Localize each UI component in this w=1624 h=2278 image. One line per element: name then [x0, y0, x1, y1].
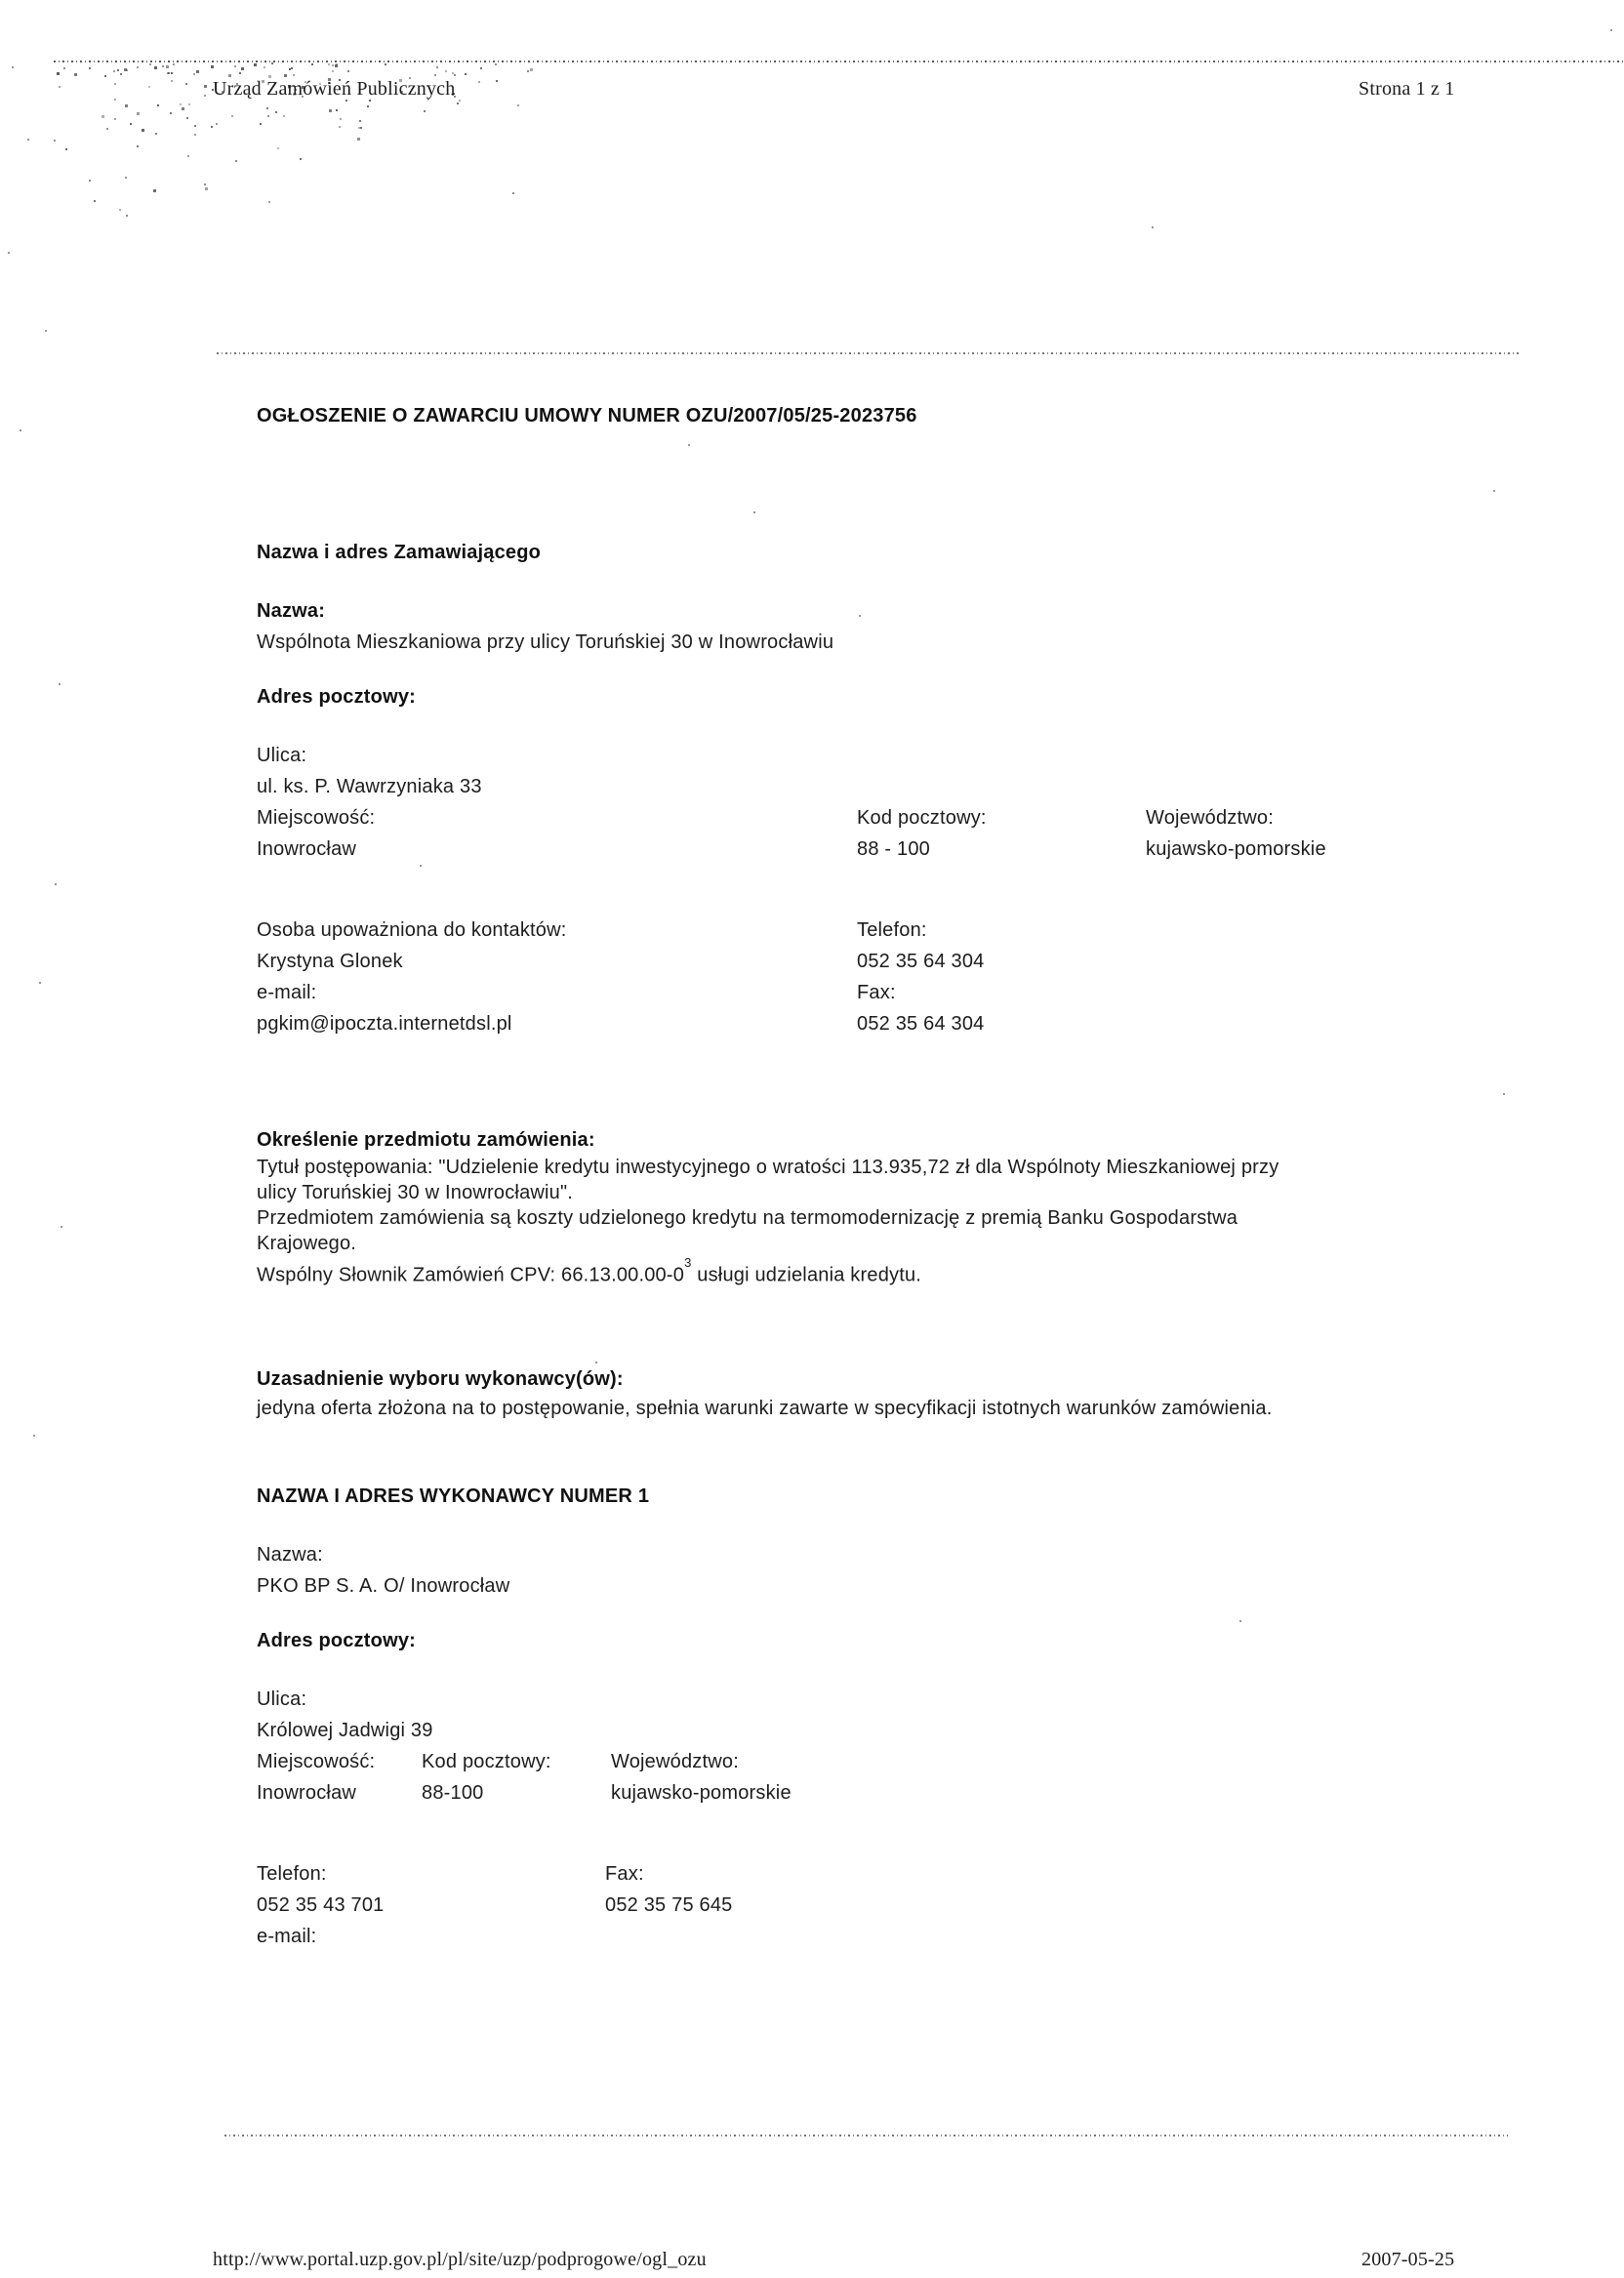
wykonawca-ulica-value: Królowej Jadwigi 39 [257, 1718, 433, 1743]
zamawiajacy-telefon-value: 052 35 64 304 [857, 949, 985, 974]
wykonawca-email-label: e-mail: [257, 1924, 316, 1949]
wykonawca-wojewodztwo-label: Województwo: [611, 1749, 739, 1774]
middle-dotted-line [217, 352, 1519, 354]
przedmiot-cpv-line: Wspólny Słownik Zamówień CPV: 66.13.00.0… [257, 1257, 921, 1288]
wykonawca-heading: NAZWA I ADRES WYKONAWCY NUMER 1 [257, 1484, 649, 1509]
wykonawca-telefon-value: 052 35 43 701 [257, 1892, 385, 1918]
zamawiajacy-nazwa-label: Nazwa: [257, 598, 325, 624]
cpv-prefix: Wspólny Słownik Zamówień CPV: 66.13.00.0… [257, 1265, 684, 1286]
zamawiajacy-kontakt-label: Osoba upoważniona do kontaktów: [257, 917, 567, 943]
przedmiot-heading: Określenie przedmiotu zamówienia: [257, 1127, 595, 1153]
przedmiot-paragraph: Tytuł postępowania: "Udzielenie kredytu … [257, 1155, 1525, 1256]
top-dotted-line [54, 61, 1624, 62]
zamawiajacy-ulica-label: Ulica: [257, 743, 306, 768]
notice-title: OGŁOSZENIE O ZAWARCIU UMOWY NUMER OZU/20… [257, 403, 917, 428]
zamawiajacy-adres-heading: Adres pocztowy: [257, 684, 416, 710]
wykonawca-kod-label: Kod pocztowy: [422, 1749, 551, 1774]
zamawiajacy-wojewodztwo-value: kujawsko-pomorskie [1146, 836, 1326, 862]
zamawiajacy-email-label: e-mail: [257, 980, 316, 1005]
wykonawca-wojewodztwo-value: kujawsko-pomorskie [611, 1780, 792, 1806]
wykonawca-adres-heading: Adres pocztowy: [257, 1628, 416, 1653]
footer-url: http://www.portal.uzp.gov.pl/pl/site/uzp… [213, 2247, 707, 2272]
zamawiajacy-fax-value: 052 35 64 304 [857, 1011, 985, 1037]
zamawiajacy-email-value: pgkim@ipoczta.internetdsl.pl [257, 1011, 512, 1037]
zamawiajacy-kod-value: 88 - 100 [857, 836, 930, 862]
bottom-dotted-line [224, 2135, 1508, 2136]
wykonawca-fax-label: Fax: [605, 1861, 644, 1887]
cpv-suffix: usługi udzielania kredytu. [692, 1265, 922, 1286]
uzasadnienie-heading: Uzasadnienie wyboru wykonawcy(ów): [257, 1366, 624, 1392]
wykonawca-ulica-label: Ulica: [257, 1687, 306, 1712]
zamawiajacy-kod-label: Kod pocztowy: [857, 805, 987, 831]
wykonawca-miejscowosc-value: Inowrocław [257, 1780, 356, 1806]
wykonawca-miejscowosc-label: Miejscowość: [257, 1749, 375, 1774]
wykonawca-fax-value: 052 35 75 645 [605, 1892, 733, 1918]
scanned-document-page: Urząd Zamówień Publicznych Strona 1 z 1 … [0, 0, 1624, 2278]
wykonawca-kod-value: 88-100 [422, 1780, 483, 1806]
zamawiajacy-wojewodztwo-label: Województwo: [1146, 805, 1274, 831]
zamawiajacy-kontakt-value: Krystyna Glonek [257, 949, 403, 974]
footer-date: 2007-05-25 [1361, 2247, 1454, 2272]
wykonawca-nazwa-label: Nazwa: [257, 1542, 323, 1567]
zamawiajacy-nazwa-value: Wspólnota Mieszkaniowa przy ulicy Toruńs… [257, 630, 833, 655]
wykonawca-nazwa-value: PKO BP S. A. O/ Inowrocław [257, 1573, 509, 1599]
wykonawca-telefon-label: Telefon: [257, 1861, 327, 1887]
cpv-superscript: 3 [684, 1255, 691, 1270]
zamawiajacy-miejscowosc-label: Miejscowość: [257, 805, 375, 831]
zamawiajacy-fax-label: Fax: [857, 980, 896, 1005]
uzasadnienie-body: jedyna oferta złożona na to postępowanie… [257, 1396, 1273, 1421]
zamawiajacy-miejscowosc-value: Inowrocław [257, 836, 356, 862]
page-header-right: Strona 1 z 1 [1359, 76, 1455, 102]
zamawiajacy-section-heading: Nazwa i adres Zamawiającego [257, 540, 541, 565]
page-header-left: Urząd Zamówień Publicznych [213, 76, 455, 102]
zamawiajacy-ulica-value: ul. ks. P. Wawrzyniaka 33 [257, 774, 482, 799]
zamawiajacy-telefon-label: Telefon: [857, 917, 927, 943]
